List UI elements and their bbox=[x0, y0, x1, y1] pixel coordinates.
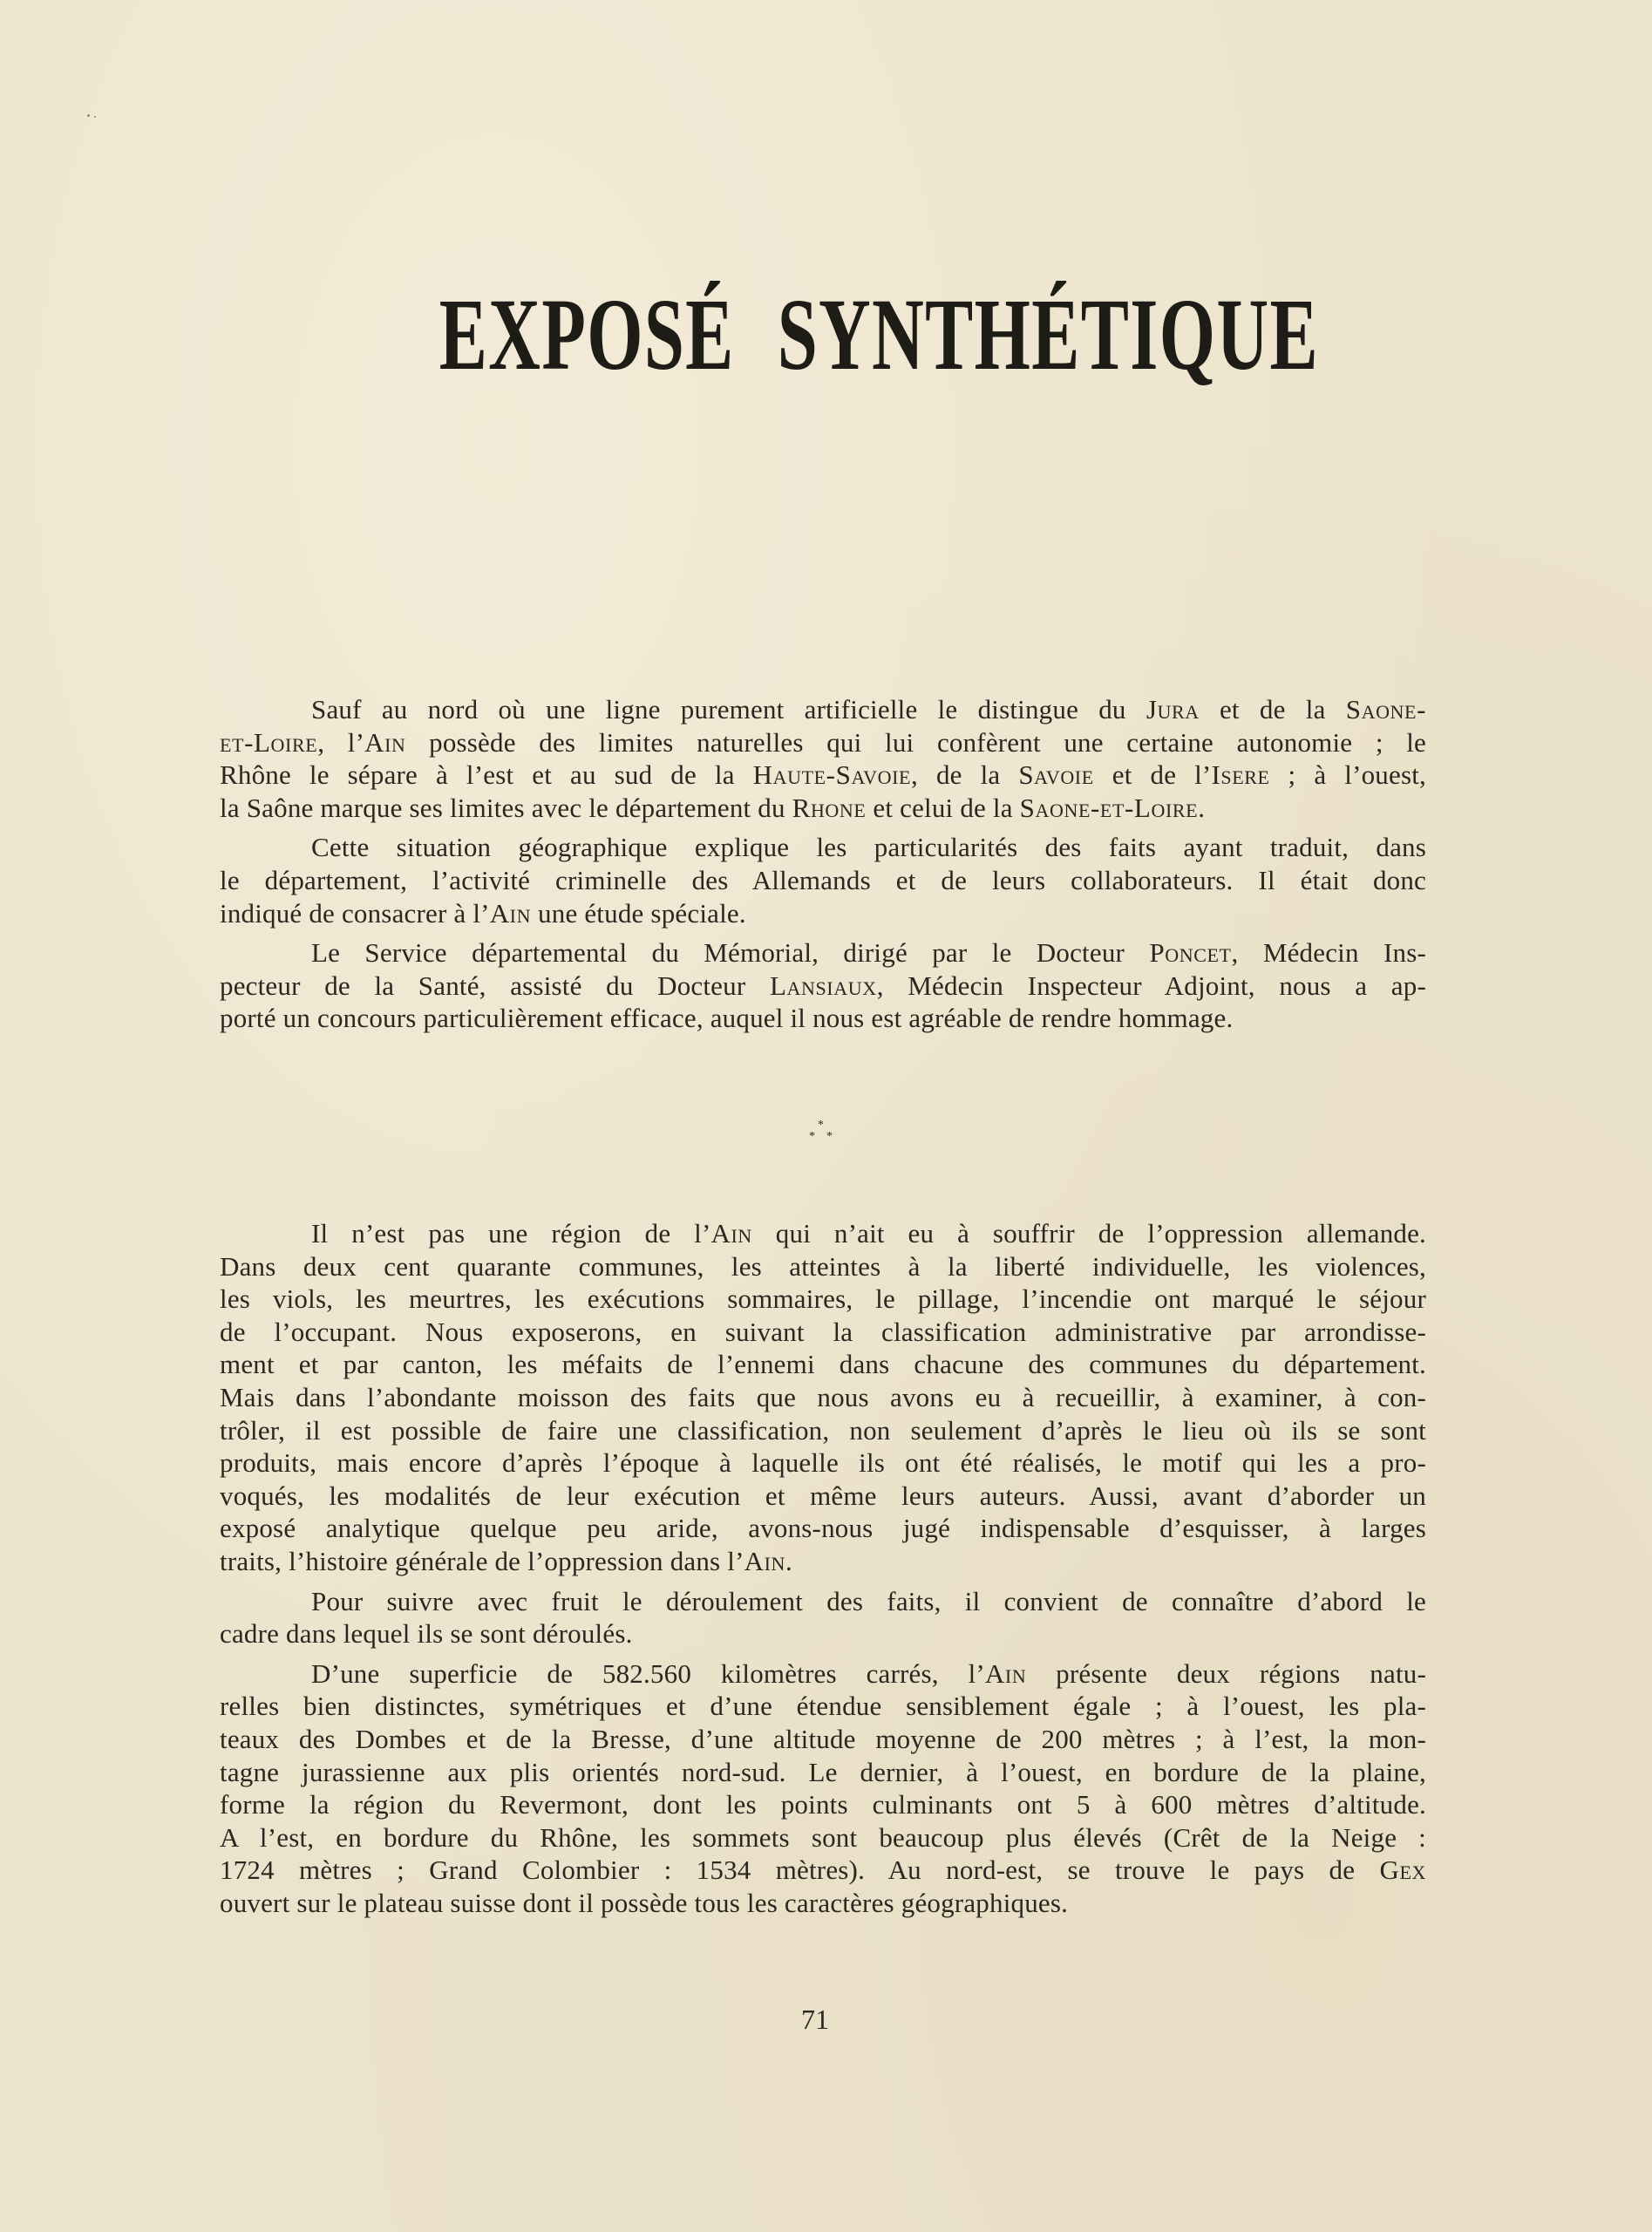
text-line: Sauf au nord où une ligne purement artif… bbox=[220, 693, 1426, 726]
text-run: Sauf au nord où une ligne purement artif… bbox=[311, 694, 1146, 725]
text-run: traits, l’histoire générale de l’oppress… bbox=[220, 1546, 744, 1576]
text-line: teaux des Dombes et de la Bresse, d’une … bbox=[220, 1723, 1426, 1756]
text-line: Pour suivre avec fruit le déroulement de… bbox=[220, 1585, 1426, 1618]
text-run: Il n’est pas une région de l’ bbox=[311, 1218, 711, 1249]
paragraph: D’une superficie de 582.560 kilomètres c… bbox=[220, 1657, 1426, 1920]
text-line: cadre dans lequel ils se sont déroulés. bbox=[220, 1617, 1426, 1650]
small-caps-name: Saone-et-Loire bbox=[1020, 793, 1199, 823]
text-line: pecteur de la Santé, assisté du Docteur … bbox=[220, 970, 1426, 1003]
small-caps-name: Haute-Savoie bbox=[753, 759, 911, 790]
asterisk-icon: * bbox=[826, 1131, 833, 1143]
text-run: . bbox=[785, 1546, 792, 1576]
text-line: porté un concours particulièrement effic… bbox=[220, 1002, 1426, 1035]
text-run: et celui de la bbox=[866, 793, 1019, 823]
small-caps-name: Poncet bbox=[1149, 937, 1231, 968]
text-line: traits, l’histoire générale de l’oppress… bbox=[220, 1545, 1426, 1578]
asterisk-icon: * bbox=[809, 1131, 815, 1143]
small-caps-name: Gex bbox=[1379, 1854, 1426, 1885]
text-run: teaux des Dombes et de la Bresse, d’une … bbox=[220, 1724, 1426, 1754]
text-run: Cette situation géographique explique le… bbox=[311, 832, 1426, 862]
small-caps-name: Ain bbox=[744, 1546, 785, 1576]
text-line: et-Loire, l’Ain possède des limites natu… bbox=[220, 726, 1426, 759]
small-caps-name: Saone- bbox=[1346, 694, 1426, 725]
text-line: A l’est, en bordure du Rhône, les sommet… bbox=[220, 1821, 1426, 1854]
text-line: Rhône le sépare à l’est et au sud de la … bbox=[220, 759, 1426, 792]
text-run: exposé analytique quelque peu aride, avo… bbox=[220, 1513, 1426, 1543]
text-line: indiqué de consacrer à l’Ain une étude s… bbox=[220, 897, 1426, 930]
text-run: la Saône marque ses limites avec le dépa… bbox=[220, 793, 792, 823]
text-run: ouvert sur le plateau suisse dont il pos… bbox=[220, 1888, 1068, 1918]
text-run: de l’occupant. Nous exposerons, en suiva… bbox=[220, 1317, 1426, 1347]
small-caps-name: Isere bbox=[1211, 759, 1269, 790]
text-run: relles bien distinctes, symétriques et d… bbox=[220, 1691, 1426, 1721]
paragraph-gap bbox=[220, 929, 1426, 936]
text-section-main: Il n’est pas une région de l’Ain qui n’a… bbox=[220, 1217, 1426, 1919]
text-run: produits, mais encore d’après l’époque à… bbox=[220, 1447, 1426, 1478]
paragraph: Sauf au nord où une ligne purement artif… bbox=[220, 693, 1426, 824]
text-run: une étude spéciale. bbox=[531, 898, 746, 929]
page-title: EXPOSÉSYNTHÉTIQUE bbox=[439, 287, 1203, 383]
text-run: A l’est, en bordure du Rhône, les sommet… bbox=[220, 1822, 1426, 1853]
text-run: 1724 mètres ; Grand Colombier : 1534 mèt… bbox=[220, 1854, 1379, 1885]
paragraph-gap bbox=[220, 1578, 1426, 1585]
text-run: Rhône le sépare à l’est et au sud de la bbox=[220, 759, 753, 790]
text-run: et de la bbox=[1200, 694, 1346, 725]
small-caps-name: Lansiaux bbox=[770, 970, 877, 1001]
text-line: forme la région du Revermont, dont les p… bbox=[220, 1788, 1426, 1821]
text-run: forme la région du Revermont, dont les p… bbox=[220, 1789, 1426, 1820]
text-line: Mais dans l’abondante moisson des faits … bbox=[220, 1381, 1426, 1414]
text-line: le département, l’activité criminelle de… bbox=[220, 864, 1426, 897]
page-number: 71 bbox=[785, 2002, 846, 2037]
paragraph: Le Service départemental du Mémorial, di… bbox=[220, 936, 1426, 1035]
text-run: voqués, les modalités de leur exécution … bbox=[220, 1480, 1426, 1511]
text-run: le département, l’activité criminelle de… bbox=[220, 865, 1426, 895]
small-caps-name: Ain bbox=[490, 898, 531, 929]
text-run: D’une superficie de 582.560 kilomètres c… bbox=[311, 1658, 985, 1689]
text-line: tagne jurassienne aux plis orientés nord… bbox=[220, 1756, 1426, 1789]
text-run: pecteur de la Santé, assisté du Docteur bbox=[220, 970, 770, 1001]
small-caps-name: Savoie bbox=[1018, 759, 1093, 790]
small-caps-name: Ain bbox=[364, 727, 405, 758]
text-run: Mais dans l’abondante moisson des faits … bbox=[220, 1382, 1426, 1412]
text-run: , Médecin Inspecteur Adjoint, nous a ap- bbox=[877, 970, 1426, 1001]
text-line: produits, mais encore d’après l’époque à… bbox=[220, 1446, 1426, 1480]
small-caps-name: Jura bbox=[1146, 694, 1200, 725]
paper-speck bbox=[87, 114, 90, 117]
text-run: porté un concours particulièrement effic… bbox=[220, 1003, 1233, 1033]
text-line: Dans deux cent quarante communes, les at… bbox=[220, 1250, 1426, 1283]
text-run: qui n’ait eu à souffrir de l’oppression … bbox=[752, 1218, 1426, 1249]
text-run: , l’ bbox=[317, 727, 364, 758]
text-line: ouvert sur le plateau suisse dont il pos… bbox=[220, 1887, 1426, 1920]
paragraph: Il n’est pas une région de l’Ain qui n’a… bbox=[220, 1217, 1426, 1578]
text-run: tagne jurassienne aux plis orientés nord… bbox=[220, 1757, 1426, 1787]
paper-speck bbox=[94, 116, 96, 118]
text-section-intro: Sauf au nord où une ligne purement artif… bbox=[220, 693, 1426, 1035]
text-line: de l’occupant. Nous exposerons, en suiva… bbox=[220, 1316, 1426, 1349]
text-run: et de l’ bbox=[1094, 759, 1212, 790]
text-line: voqués, les modalités de leur exécution … bbox=[220, 1480, 1426, 1513]
text-run: trôler, il est possible de faire une cla… bbox=[220, 1415, 1426, 1446]
small-caps-name: Rhone bbox=[792, 793, 867, 823]
text-line: Cette situation géographique explique le… bbox=[220, 831, 1426, 864]
title-word-2: SYNTHÉTIQUE bbox=[778, 287, 1319, 383]
text-line: Le Service départemental du Mémorial, di… bbox=[220, 936, 1426, 970]
text-run: ment et par canton, les méfaits de l’enn… bbox=[220, 1349, 1426, 1379]
text-line: trôler, il est possible de faire une cla… bbox=[220, 1414, 1426, 1447]
asterisk-icon: * bbox=[818, 1119, 824, 1132]
title-word-1: EXPOSÉ bbox=[439, 287, 735, 383]
text-line: Il n’est pas une région de l’Ain qui n’a… bbox=[220, 1217, 1426, 1250]
paragraph: Cette situation géographique explique le… bbox=[220, 831, 1426, 929]
asterism-divider: * * * bbox=[800, 1119, 849, 1154]
small-caps-name: Ain bbox=[711, 1218, 752, 1249]
small-caps-name: et-Loire bbox=[220, 727, 317, 758]
paragraph-gap bbox=[220, 824, 1426, 831]
text-run: présente deux régions natu- bbox=[1026, 1658, 1426, 1689]
text-run: ; à l’ouest, bbox=[1270, 759, 1426, 790]
text-run: les viols, les meurtres, les exécutions … bbox=[220, 1283, 1426, 1314]
text-run: , Médecin Ins- bbox=[1232, 937, 1426, 968]
text-line: la Saône marque ses limites avec le dépa… bbox=[220, 792, 1426, 825]
text-line: D’une superficie de 582.560 kilomètres c… bbox=[220, 1657, 1426, 1691]
text-run: cadre dans lequel ils se sont déroulés. bbox=[220, 1618, 633, 1649]
text-run: . bbox=[1198, 793, 1205, 823]
text-line: les viols, les meurtres, les exécutions … bbox=[220, 1283, 1426, 1316]
text-line: 1724 mètres ; Grand Colombier : 1534 mèt… bbox=[220, 1854, 1426, 1887]
text-run: Pour suivre avec fruit le déroulement de… bbox=[311, 1586, 1426, 1616]
text-run: possède des limites naturelles qui lui c… bbox=[406, 727, 1426, 758]
text-line: ment et par canton, les méfaits de l’enn… bbox=[220, 1348, 1426, 1381]
text-run: Le Service départemental du Mémorial, di… bbox=[311, 937, 1149, 968]
text-line: exposé analytique quelque peu aride, avo… bbox=[220, 1512, 1426, 1545]
small-caps-name: Ain bbox=[985, 1658, 1026, 1689]
paragraph: Pour suivre avec fruit le déroulement de… bbox=[220, 1585, 1426, 1650]
text-run: , de la bbox=[911, 759, 1018, 790]
text-run: indiqué de consacrer à l’ bbox=[220, 898, 490, 929]
text-run: Dans deux cent quarante communes, les at… bbox=[220, 1251, 1426, 1282]
paragraph-gap bbox=[220, 1650, 1426, 1657]
text-line: relles bien distinctes, symétriques et d… bbox=[220, 1690, 1426, 1723]
